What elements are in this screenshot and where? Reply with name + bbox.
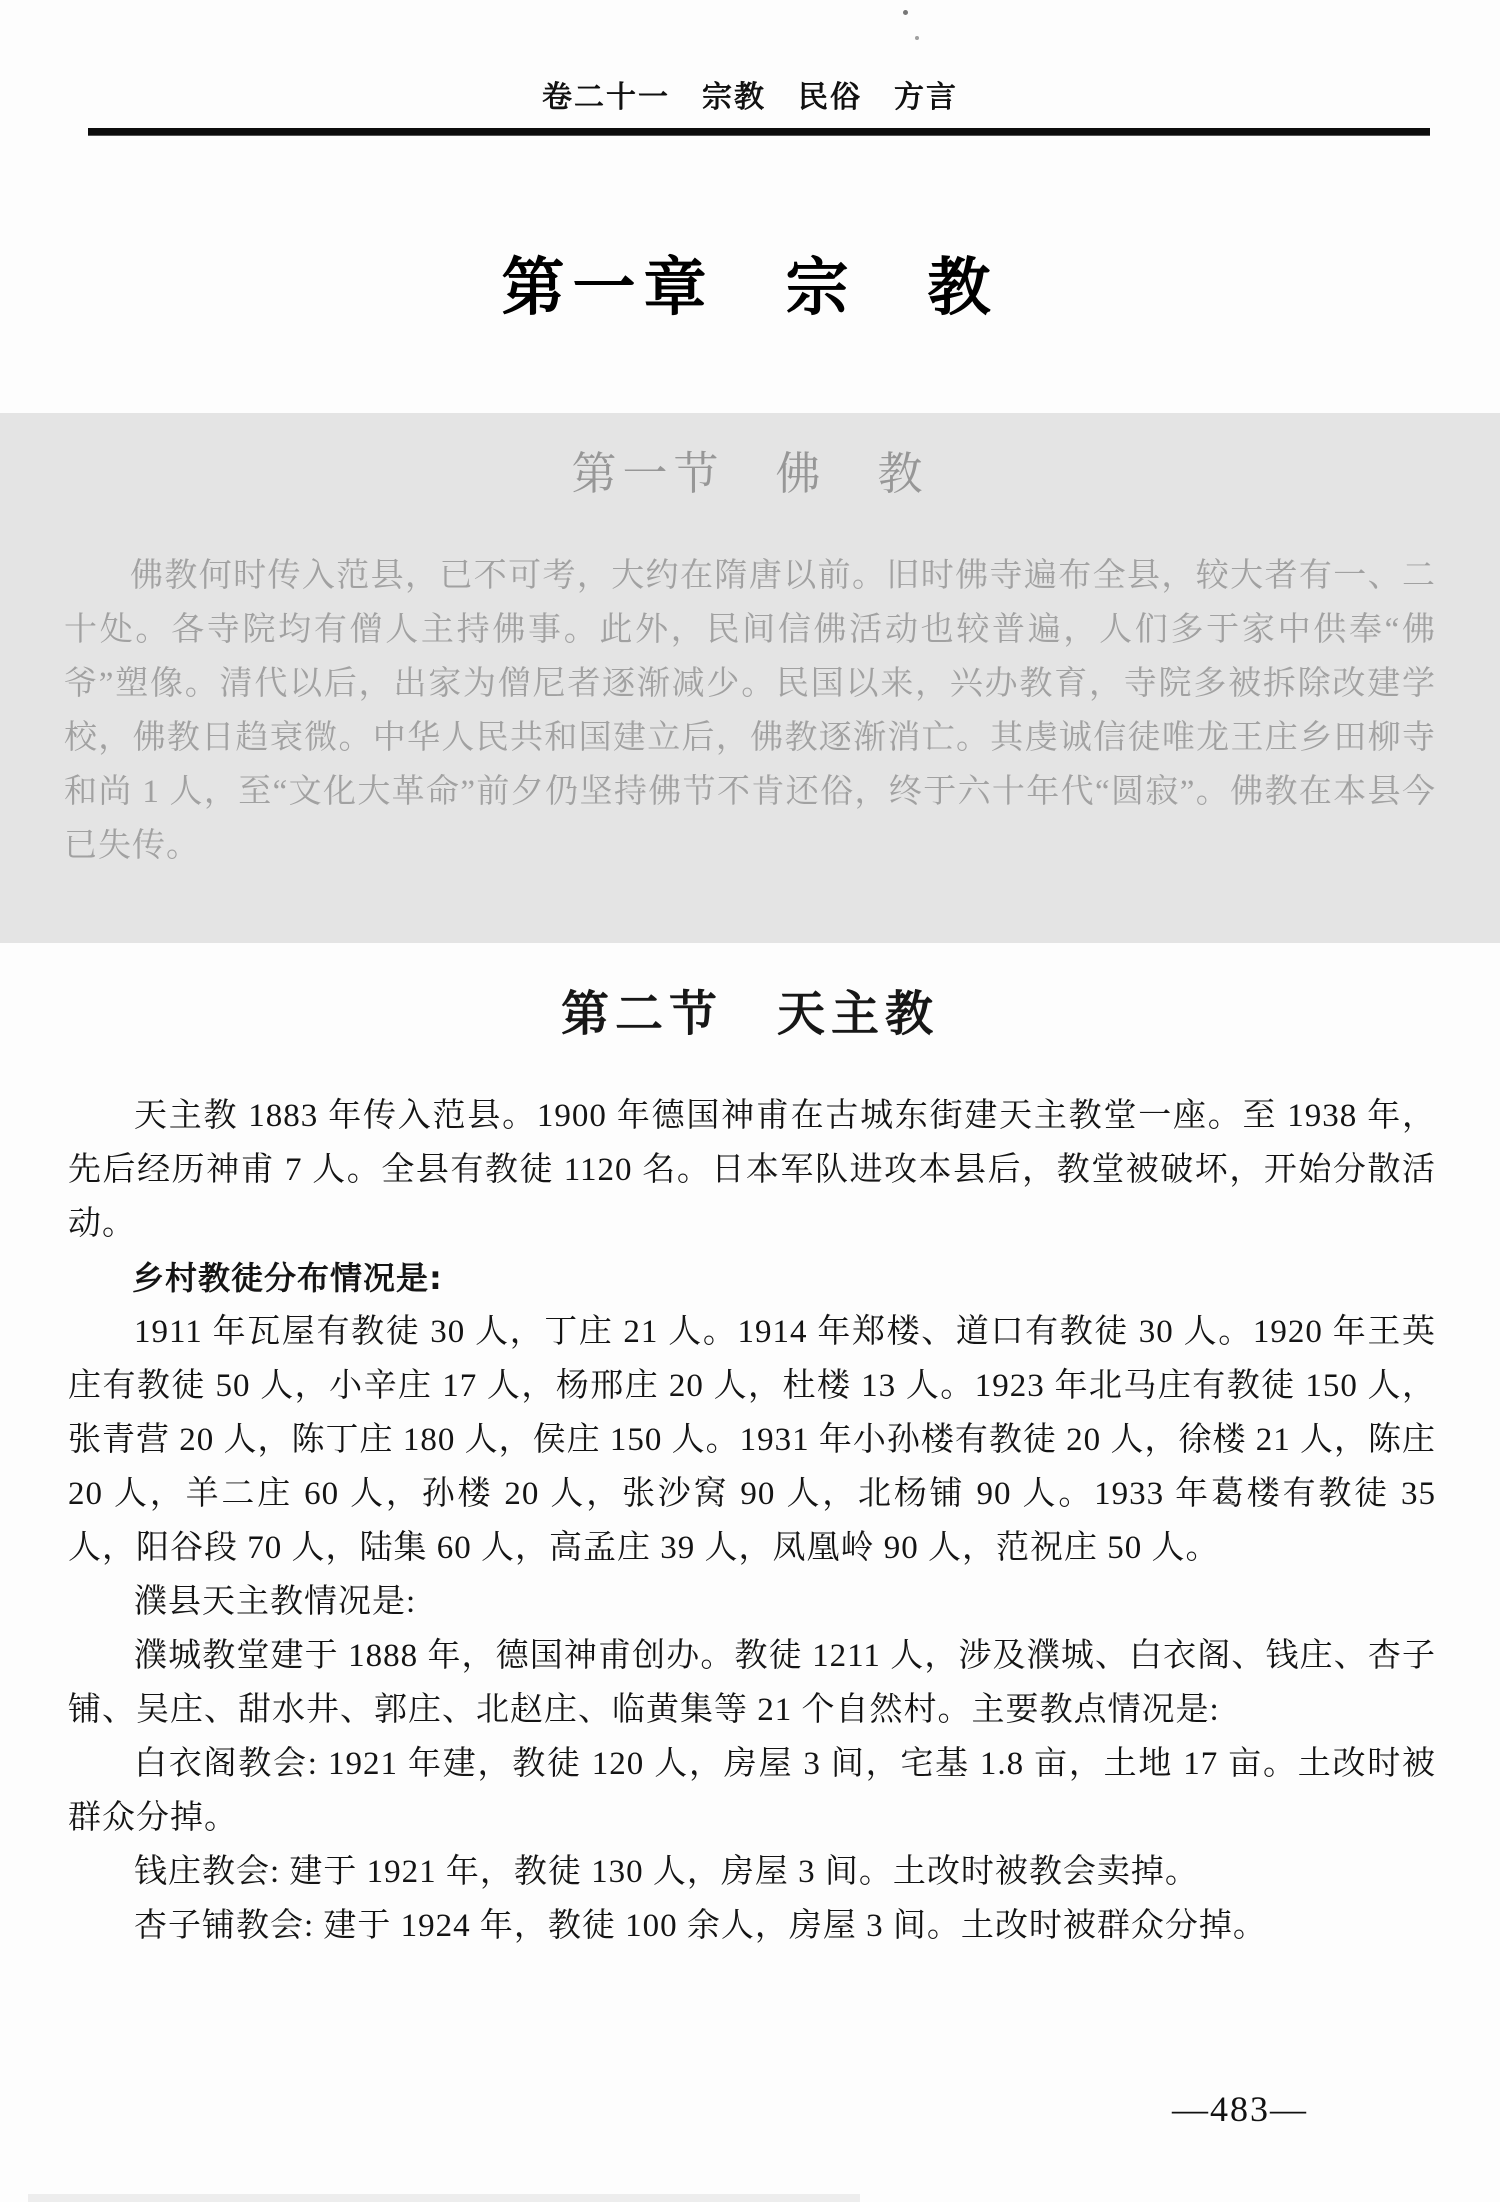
scan-speck [903,10,908,15]
body-paragraph: 天主教 1883 年传入范县。1900 年德国神甫在古城东街建天主教堂一座。至 … [68,1089,1436,1251]
page-number: —483— [1172,2088,1308,2130]
scan-edge-shadow [28,2194,860,2202]
body-paragraph: 濮城教堂建于 1888 年，德国神甫创办。教徒 1211 人，涉及濮城、白衣阁、… [68,1629,1436,1737]
running-header: 卷二十一 宗教 民俗 方言 [0,0,1500,114]
buddhism-paragraph: 佛教何时传入范县，已不可考，大约在隋唐以前。旧时佛寺遍布全县，较大者有一、二十处… [64,549,1436,873]
chapter-title: 第一章 宗 教 [0,253,1500,323]
buddhism-section: 第一节 佛 教 佛教何时传入范县，已不可考，大约在隋唐以前。旧时佛寺遍布全县，较… [0,413,1500,943]
header-rule [88,128,1430,135]
body-paragraph: 乡村教徒分布情况是: [68,1251,1436,1305]
catholicism-section-title: 第二节 天主教 [0,987,1500,1043]
body-paragraph: 濮县天主教情况是: [68,1575,1436,1629]
body-paragraph: 钱庄教会: 建于 1921 年，教徒 130 人，房屋 3 间。土改时被教会卖掉… [68,1845,1436,1899]
body-paragraph: 杏子铺教会: 建于 1924 年，教徒 100 余人，房屋 3 间。土改时被群众… [68,1899,1436,1953]
catholicism-paragraphs: 天主教 1883 年传入范县。1900 年德国神甫在古城东街建天主教堂一座。至 … [68,1089,1436,1953]
body-paragraph: 1911 年瓦屋有教徒 30 人，丁庄 21 人。1914 年郑楼、道口有教徒 … [68,1305,1436,1575]
scanned-book-page: 卷二十一 宗教 民俗 方言 第一章 宗 教 第一节 佛 教 佛教何时传入范县，已… [0,0,1500,2202]
body-paragraph: 白衣阁教会: 1921 年建，教徒 120 人，房屋 3 间，宅基 1.8 亩，… [68,1737,1436,1845]
buddhism-section-title: 第一节 佛 教 [64,447,1436,501]
scan-speck [915,36,919,40]
